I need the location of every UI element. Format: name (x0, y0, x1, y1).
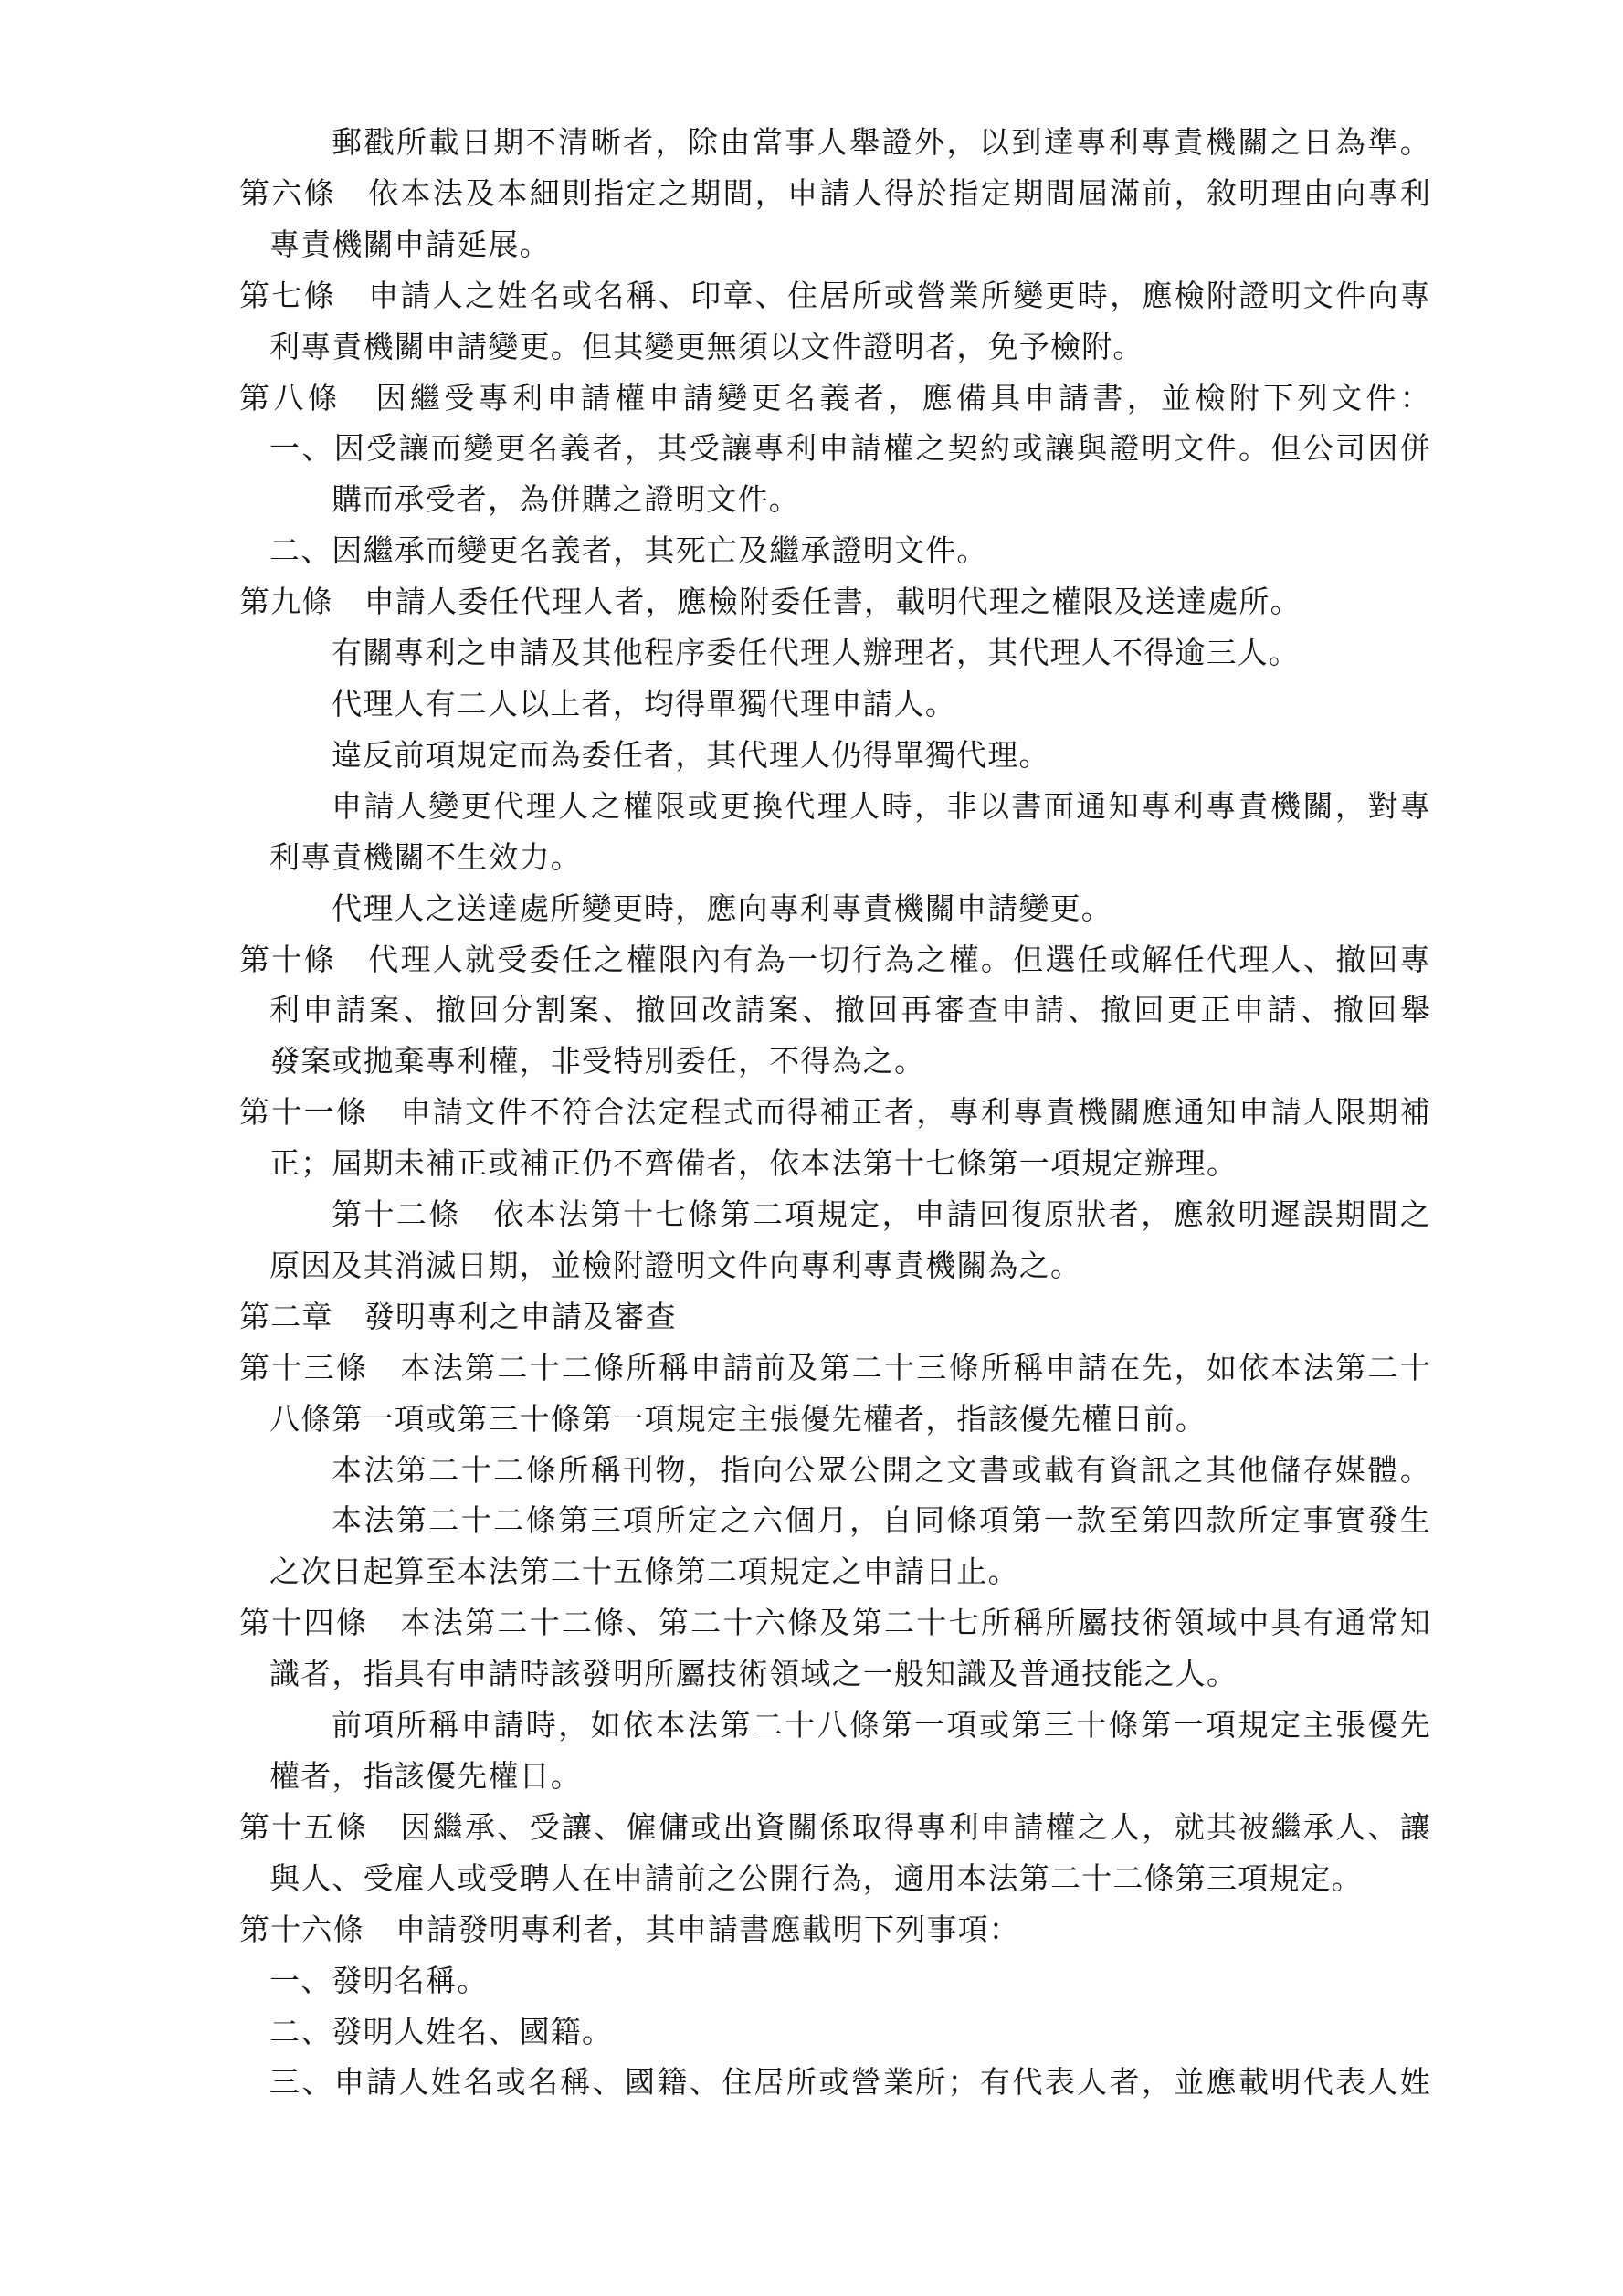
paragraph-line: 申請人變更代理人之權限或更換代理人時，非以書面通知專利專責機關，對專 (332, 783, 1431, 834)
article-11-start-line: 第十一條 申請文件不符合法定程式而得補正者，專利專責機關應通知申請人限期補 (239, 1089, 1431, 1140)
paragraph-line: 前項所稱申請時，如依本法第二十八條第一項或第三十條第一項規定主張優先 (332, 1701, 1431, 1753)
continuation-line: 利申請案、撤回分割案、撤回改請案、撤回再審查申請、撤回更正申請、撤回舉 (269, 986, 1431, 1037)
paragraph-line: 有關專利之申請及其他程序委任代理人辦理者，其代理人不得逾三人。 (332, 629, 1431, 680)
continuation-line: 與人、受雇人或受聘人在申請前之公開行為，適用本法第二十二條第三項規定。 (269, 1855, 1431, 1906)
article-13-start-line: 第十三條 本法第二十二條所稱申請前及第二十三條所稱申請在先，如依本法第二十 (239, 1344, 1431, 1396)
continuation-line: 權者，指該優先權日。 (269, 1753, 1431, 1804)
paragraph-line: 代理人有二人以上者，均得單獨代理申請人。 (332, 680, 1431, 732)
paragraph-line: 違反前項規定而為委任者，其代理人仍得單獨代理。 (332, 732, 1431, 783)
article-14-start-line: 第十四條 本法第二十二條、第二十六條及第二十七所稱所屬技術領域中具有通常知 (239, 1599, 1431, 1650)
continuation-line: 正；屆期未補正或補正仍不齊備者，依本法第十七條第一項規定辦理。 (269, 1140, 1431, 1191)
article-9-start-line: 第九條 申請人委任代理人者，應檢附委任書，載明代理之權限及送達處所。 (239, 578, 1431, 629)
article-6-start-line: 第六條 依本法及本細則指定之期間，申請人得於指定期間屆滿前，敘明理由向專利 (239, 170, 1431, 221)
continuation-line: 發案或拋棄專利權，非受特別委任，不得為之。 (269, 1037, 1431, 1089)
article-10-start-line: 第十條 代理人就受委任之權限內有為一切行為之權。但選任或解任代理人、撤回專 (239, 936, 1431, 987)
continuation-line: 利專責機關申請變更。但其變更無須以文件證明者，免予檢附。 (269, 323, 1431, 374)
chapter-2-heading: 第二章 發明專利之申請及審查 (239, 1293, 1431, 1344)
paragraph-line: 本法第二十二條第三項所定之六個月，自同條項第一款至第四款所定事實發生 (332, 1497, 1431, 1548)
article-7-start-line: 第七條 申請人之姓名或名稱、印章、住居所或營業所變更時，應檢附證明文件向專 (239, 272, 1431, 323)
article-12-start-line: 第十二條 依本法第十七條第二項規定，申請回復原狀者，應敘明遲誤期間之 (332, 1191, 1431, 1242)
article-15-start-line: 第十五條 因繼承、受讓、僱傭或出資關係取得專利申請權之人，就其被繼承人、讓 (239, 1804, 1431, 1855)
article-16-start-line: 第十六條 申請發明專利者，其申請書應載明下列事項： (239, 1906, 1431, 1957)
paragraph-line: 代理人之送達處所變更時，應向專利專責機關申請變更。 (332, 885, 1431, 936)
document-page: 郵戳所載日期不清晰者，除由當事人舉證外，以到達專利專責機關之日為準。 第六條 依… (0, 0, 1623, 2296)
paragraph-line: 本法第二十二條所稱刊物，指向公眾公開之文書或載有資訊之其他儲存媒體。 (332, 1447, 1431, 1498)
list-item-continuation: 購而承受者，為併購之證明文件。 (332, 476, 1431, 527)
list-item-line: 一、因受讓而變更名義者，其受讓專利申請權之契約或讓與證明文件。但公司因併 (269, 425, 1431, 476)
continuation-line: 專責機關申請延展。 (269, 221, 1431, 272)
article-8-start-line: 第八條 因繼受專利申請權申請變更名義者，應備具申請書，並檢附下列文件： (239, 374, 1431, 426)
list-item-line: 一、發明名稱。 (269, 1957, 1431, 2008)
list-item-line: 三、申請人姓名或名稱、國籍、住居所或營業所；有代表人者，並應載明代表人姓 (269, 2059, 1431, 2110)
continuation-line: 識者，指具有申請時該發明所屬技術領域之一般知識及普通技能之人。 (269, 1650, 1431, 1701)
continuation-line: 八條第一項或第三十條第一項規定主張優先權者，指該優先權日前。 (269, 1396, 1431, 1447)
continuation-line: 之次日起算至本法第二十五條第二項規定之申請日止。 (269, 1548, 1431, 1599)
paragraph-line: 郵戳所載日期不清晰者，除由當事人舉證外，以到達專利專責機關之日為準。 (332, 119, 1431, 170)
document-body: 郵戳所載日期不清晰者，除由當事人舉證外，以到達專利專責機關之日為準。 第六條 依… (239, 119, 1431, 2110)
continuation-line: 原因及其消滅日期，並檢附證明文件向專利專責機關為之。 (269, 1242, 1431, 1293)
list-item-line: 二、因繼承而變更名義者，其死亡及繼承證明文件。 (269, 527, 1431, 578)
list-item-line: 二、發明人姓名、國籍。 (269, 2008, 1431, 2059)
continuation-line: 利專責機關不生效力。 (269, 834, 1431, 885)
